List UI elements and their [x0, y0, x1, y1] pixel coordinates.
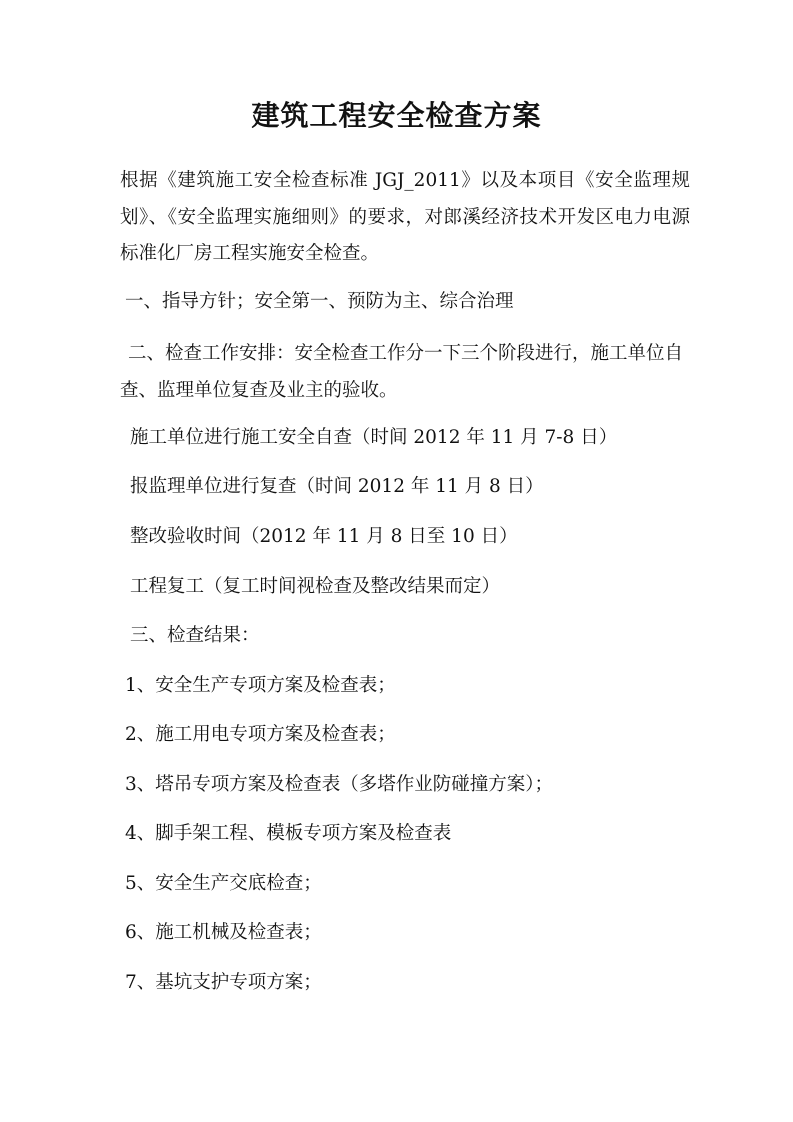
result-item: 1、安全生产专项方案及检查表； — [125, 673, 396, 699]
section-inspection-results: 三、检查结果： — [130, 623, 260, 649]
stage-item: 施工单位进行施工安全自查（时间 2012 年 11 月 7-8 日） — [130, 425, 617, 451]
section-inspection-arrangement: 二、检查工作安排：安全检查工作分一下三个阶段进行，施工单位自查、监理单位复查及业… — [120, 336, 690, 409]
result-item: 6、施工机械及检查表； — [125, 920, 322, 946]
result-item: 7、基坑支护专项方案； — [125, 970, 322, 996]
result-item: 4、脚手架工程、模板专项方案及检查表 — [125, 821, 451, 847]
result-item: 5、安全生产交底检查； — [125, 871, 322, 897]
stage-item: 整改验收时间（2012 年 11 月 8 日至 10 日） — [130, 524, 518, 550]
result-item: 2、施工用电专项方案及检查表； — [125, 722, 396, 748]
document-page: 建筑工程安全检查方案 根据《建筑施工安全检查标准 JGJ_2011》以及本项目《… — [0, 0, 793, 1122]
result-item: 3、塔吊专项方案及检查表（多塔作业防碰撞方案）； — [125, 772, 553, 798]
section-guiding-principle: 一、指导方针；安全第一、预防为主、综合治理 — [125, 289, 514, 315]
stage-item: 工程复工（复工时间视检查及整改结果而定） — [130, 574, 500, 600]
document-title: 建筑工程安全检查方案 — [0, 96, 793, 136]
stage-item: 报监理单位进行复查（时间 2012 年 11 月 8 日） — [130, 474, 544, 500]
intro-paragraph: 根据《建筑施工安全检查标准 JGJ_2011》以及本项目《安全监理规划》、《安全… — [120, 163, 690, 273]
